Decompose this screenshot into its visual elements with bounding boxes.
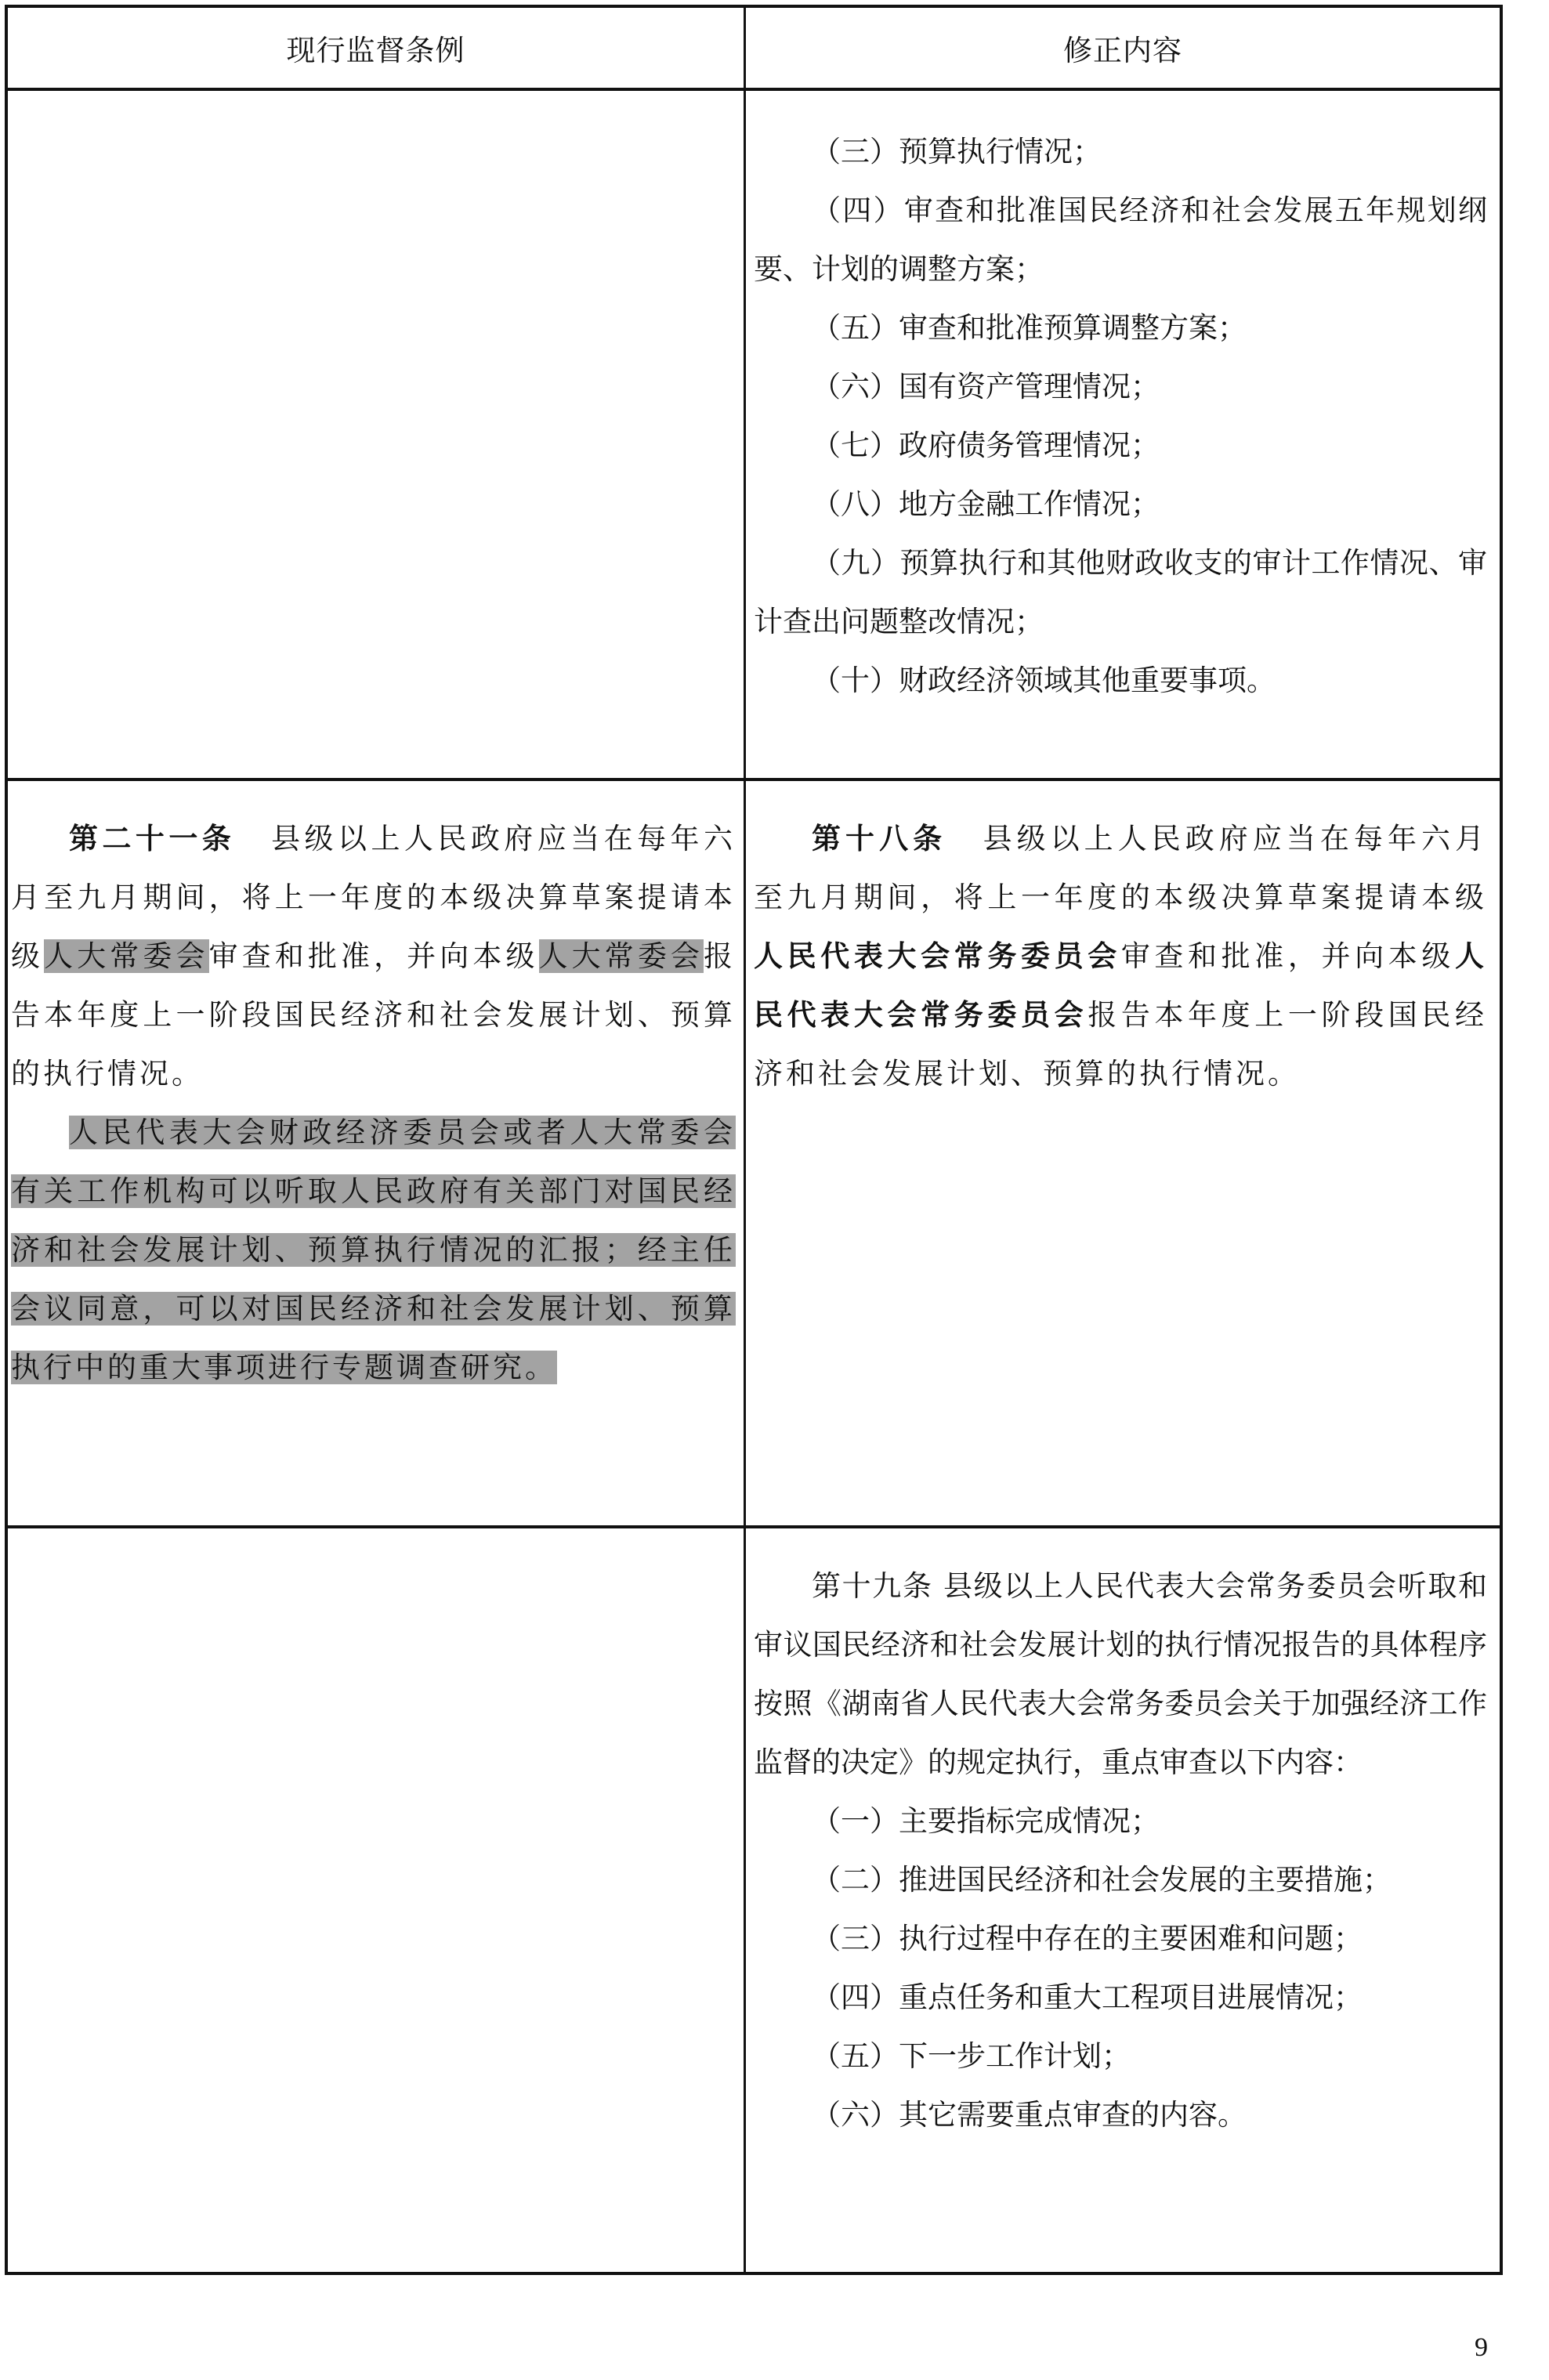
article-19-text: 第十九条 县级以上人民代表大会常务委员会听取和审议国民经济和社会发展计划的执行情… [754, 1557, 1487, 2144]
comparison-table: 现行监督条例 修正内容 （三）预算执行情况； （四）审查和批准国民经济和社会发展… [5, 5, 1503, 2275]
list-item: （五）下一步工作计划； [754, 2027, 1487, 2085]
article-19-intro: 第十九条 县级以上人民代表大会常务委员会听取和审议国民经济和社会发展计划的执行情… [754, 1557, 1487, 1792]
list-item: （六）国有资产管理情况； [754, 357, 1487, 416]
list-item: （五）审查和批准预算调整方案； [754, 298, 1487, 357]
list-item: （二）推进国民经济和社会发展的主要措施； [754, 1850, 1487, 1909]
article-number: 第十八条 [812, 821, 946, 855]
amended-text: 人民代表大会常务委员会 [754, 939, 1121, 973]
highlighted-deleted-text: 人大常委会 [44, 939, 208, 973]
page-number: 9 [1475, 2333, 1488, 2363]
table-row: 第二十一条县级以上人民政府应当在每年六月至九月期间，将上一年度的本级决算草案提请… [8, 781, 1500, 1528]
highlighted-deleted-text: 人大常委会 [539, 939, 704, 973]
amendment-item-list: （三）预算执行情况； （四）审查和批准国民经济和社会发展五年规划纲要、计划的调整… [754, 122, 1487, 710]
list-item: （十）财政经济领域其他重要事项。 [754, 651, 1487, 710]
table-row: 第十九条 县级以上人民代表大会常务委员会听取和审议国民经济和社会发展计划的执行情… [8, 1528, 1500, 2272]
article-number: 第二十一条 [69, 821, 235, 855]
amendment-cell: 第十九条 县级以上人民代表大会常务委员会听取和审议国民经济和社会发展计划的执行情… [746, 1528, 1500, 2272]
amendment-cell: （三）预算执行情况； （四）审查和批准国民经济和社会发展五年规划纲要、计划的调整… [746, 91, 1500, 778]
list-item: （三）预算执行情况； [754, 122, 1487, 181]
header-current-regulations: 现行监督条例 [8, 8, 746, 88]
table-header-row: 现行监督条例 修正内容 [8, 8, 1500, 91]
list-item: （六）其它需要重点审查的内容。 [754, 2085, 1487, 2144]
list-item: （四）重点任务和重大工程项目进展情况； [754, 1968, 1487, 2027]
list-item: （四）审查和批准国民经济和社会发展五年规划纲要、计划的调整方案； [754, 181, 1487, 298]
article-18-paragraph: 第十八条县级以上人民政府应当在每年六月至九月期间，将上一年度的本级决算草案提请本… [754, 809, 1487, 1103]
article-18-text: 第十八条县级以上人民政府应当在每年六月至九月期间，将上一年度的本级决算草案提请本… [754, 809, 1487, 1103]
highlighted-deleted-text: 人民代表大会财政经济委员会或者人大常委会有关工作机构可以听取人民政府有关部门对国… [11, 1116, 736, 1384]
list-item: （七）政府债务管理情况； [754, 416, 1487, 475]
article-21-paragraph-2: 人民代表大会财政经济委员会或者人大常委会有关工作机构可以听取人民政府有关部门对国… [11, 1103, 736, 1397]
list-item: （三）执行过程中存在的主要困难和问题； [754, 1909, 1487, 1968]
amendment-cell: 第十八条县级以上人民政府应当在每年六月至九月期间，将上一年度的本级决算草案提请本… [746, 781, 1500, 1525]
list-item: （九）预算执行和其他财政收支的审计工作情况、审计查出问题整改情况； [754, 534, 1487, 651]
current-regulation-cell-empty [8, 1528, 746, 2272]
table-row: （三）预算执行情况； （四）审查和批准国民经济和社会发展五年规划纲要、计划的调整… [8, 91, 1500, 781]
list-item: （八）地方金融工作情况； [754, 475, 1487, 534]
article-21-text: 第二十一条县级以上人民政府应当在每年六月至九月期间，将上一年度的本级决算草案提请… [11, 809, 736, 1397]
header-amendments: 修正内容 [746, 8, 1500, 88]
current-regulation-cell-empty [8, 91, 746, 778]
text-segment: 审查和批准，并向本级 [209, 939, 539, 973]
current-regulation-cell: 第二十一条县级以上人民政府应当在每年六月至九月期间，将上一年度的本级决算草案提请… [8, 781, 746, 1525]
text-segment: 审查和批准，并向本级 [1121, 939, 1455, 973]
list-item: （一）主要指标完成情况； [754, 1792, 1487, 1850]
article-21-paragraph-1: 第二十一条县级以上人民政府应当在每年六月至九月期间，将上一年度的本级决算草案提请… [11, 809, 736, 1103]
